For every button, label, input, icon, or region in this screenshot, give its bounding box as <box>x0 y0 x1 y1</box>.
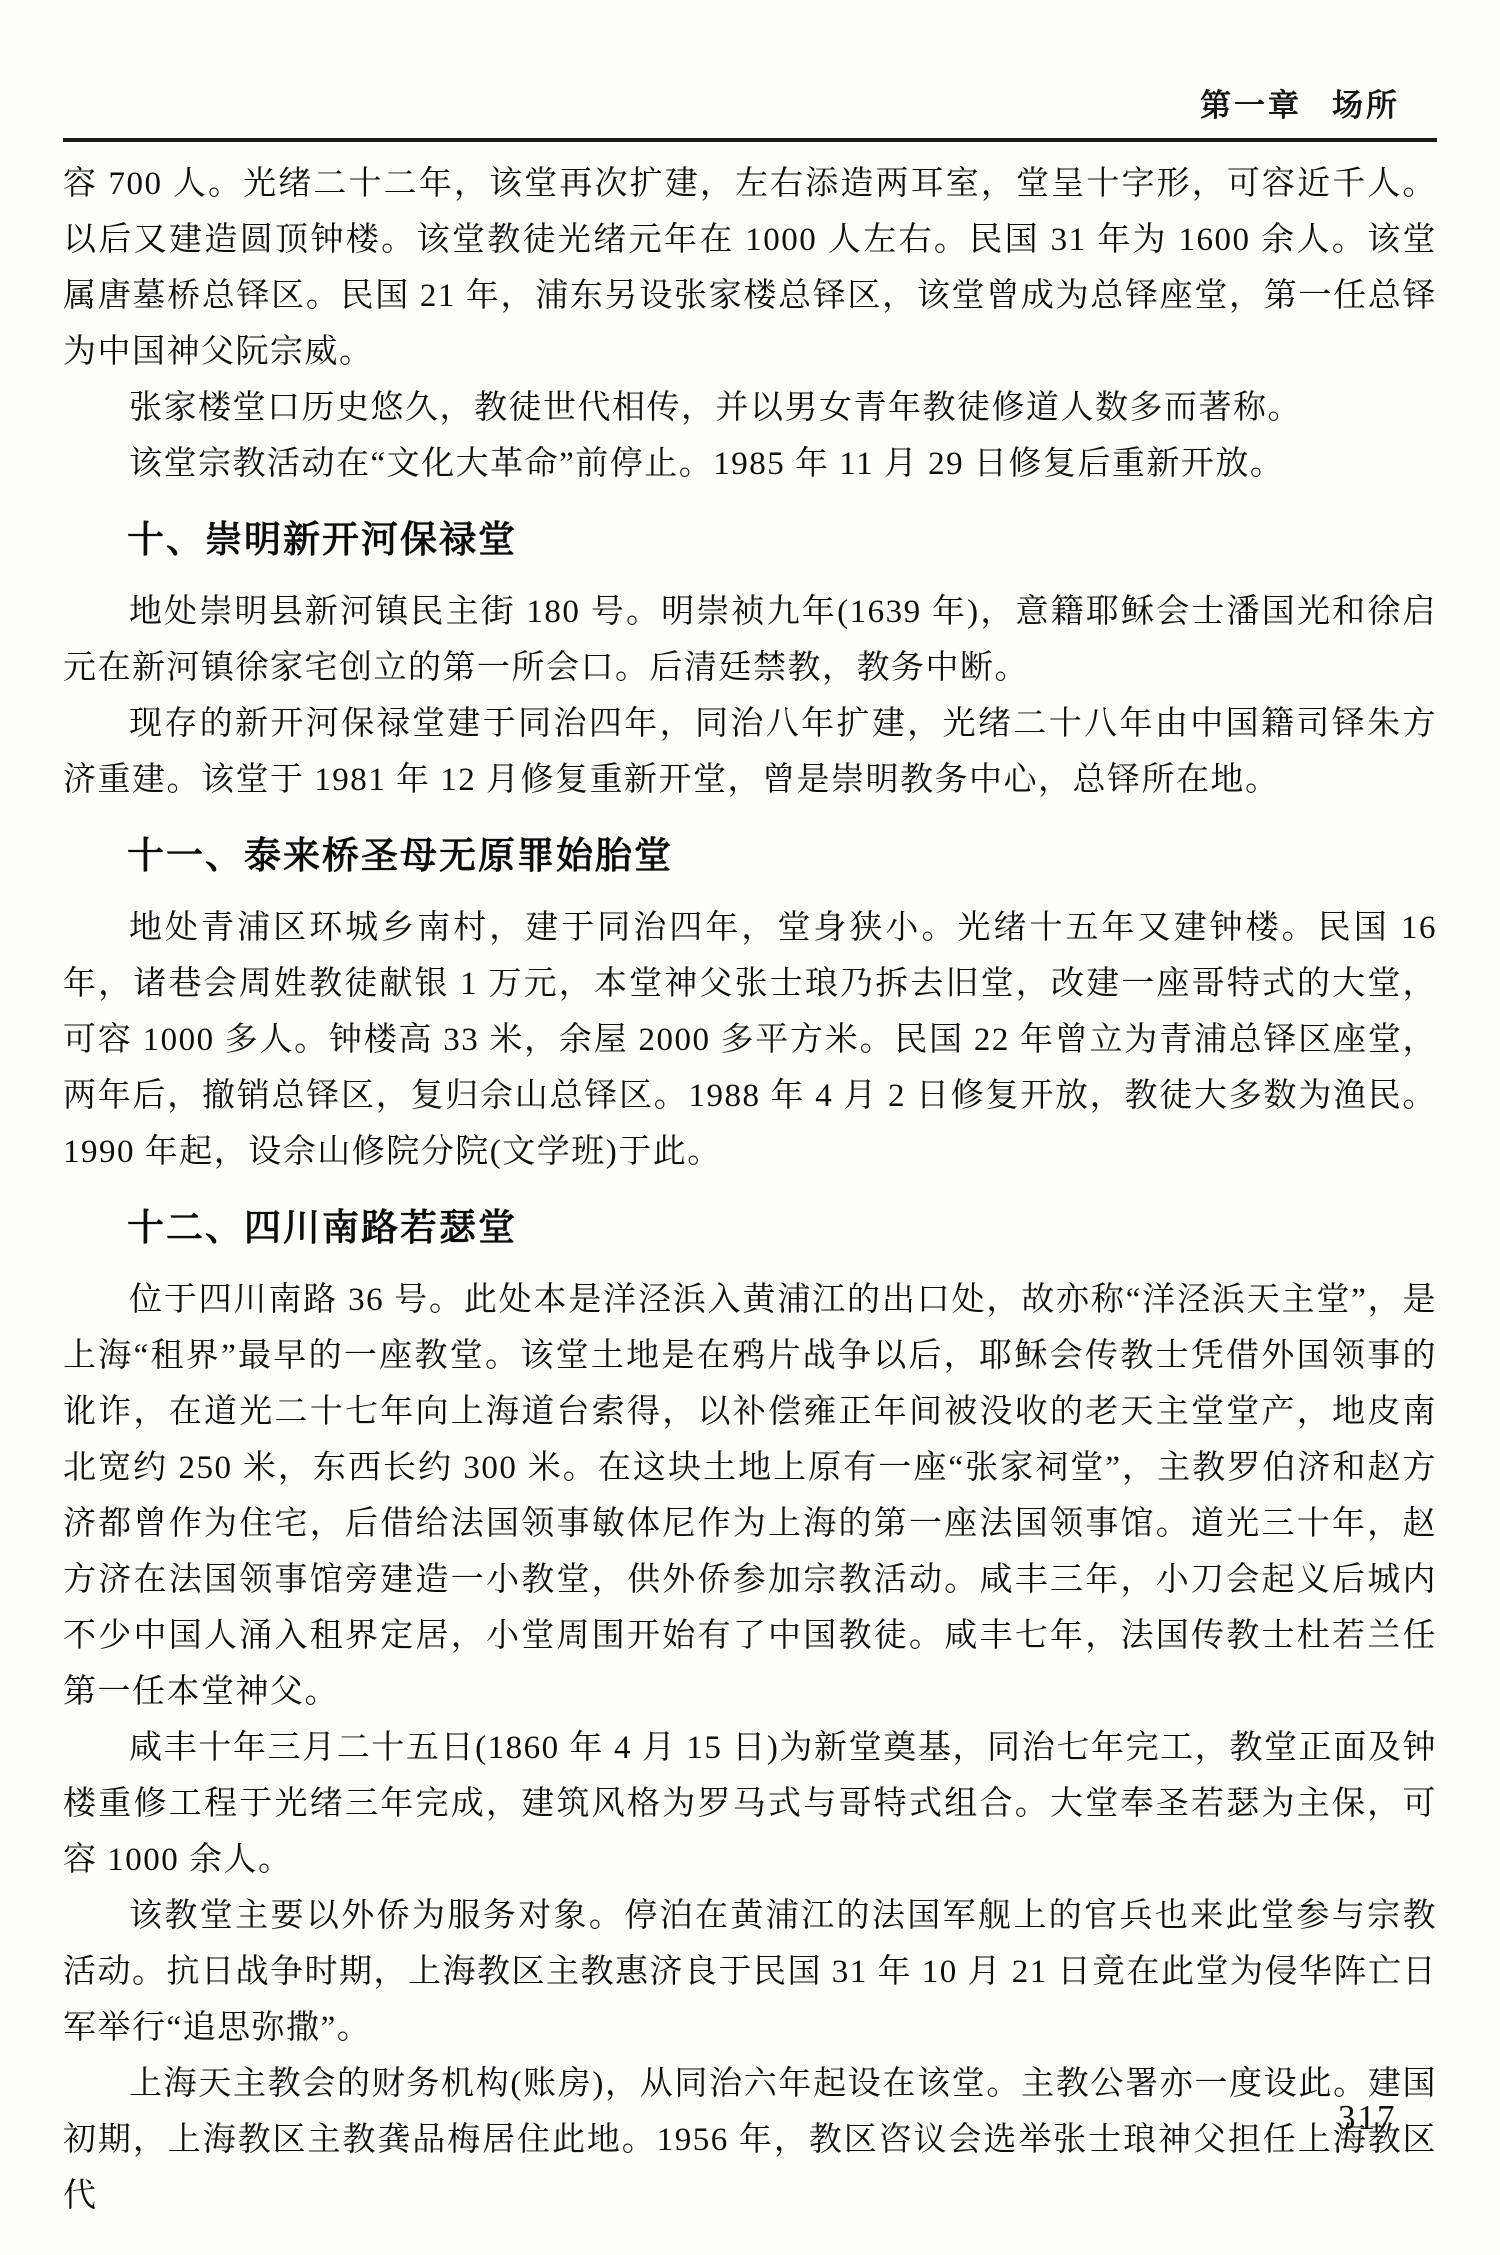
section-heading-10: 十、崇明新开河保禄堂 <box>127 516 1437 564</box>
header-rule <box>63 138 1437 142</box>
paragraph: 该教堂主要以外侨为服务对象。停泊在黄浦江的法国军舰上的官兵也来此堂参与宗教活动。… <box>63 1888 1437 2056</box>
paragraph: 现存的新开河保禄堂建于同治四年，同治八年扩建，光绪二十八年由中国籍司铎朱方济重建… <box>63 696 1437 808</box>
paragraph: 地处崇明县新河镇民主街 180 号。明崇祯九年(1639 年)，意籍耶稣会士潘国… <box>63 584 1437 696</box>
section-title: 场所 <box>1332 88 1400 123</box>
page-header: 第一章场所 <box>63 86 1400 126</box>
page-sheet: 第一章场所 容 700 人。光绪二十二年，该堂再次扩建，左右添造两耳室，堂呈十字… <box>0 0 1500 2255</box>
paragraph: 张家楼堂口历史悠久，教徒世代相传，并以男女青年教徒修道人数多而著称。 <box>63 380 1437 436</box>
paragraph: 位于四川南路 36 号。此处本是洋泾浜入黄浦江的出口处，故亦称“洋泾浜天主堂”，… <box>63 1272 1437 1720</box>
paragraph: 该堂宗教活动在“文化大革命”前停止。1985 年 11 月 29 日修复后重新开… <box>63 436 1437 492</box>
paragraph-continuation: 容 700 人。光绪二十二年，该堂再次扩建，左右添造两耳室，堂呈十字形，可容近千… <box>63 156 1437 380</box>
page-number: 317 <box>1338 2098 1397 2138</box>
section-heading-12: 十二、四川南路若瑟堂 <box>127 1204 1437 1252</box>
paragraph: 上海天主教会的财务机构(账房)，从同治六年起设在该堂。主教公署亦一度设此。建国初… <box>63 2056 1437 2224</box>
paragraph: 地处青浦区环城乡南村，建于同治四年，堂身狭小。光绪十五年又建钟楼。民国 16 年… <box>63 900 1437 1180</box>
chapter-title: 第一章 <box>1200 88 1302 123</box>
page-body: 容 700 人。光绪二十二年，该堂再次扩建，左右添造两耳室，堂呈十字形，可容近千… <box>63 156 1437 2224</box>
section-heading-11: 十一、泰来桥圣母无原罪始胎堂 <box>127 832 1437 880</box>
paragraph: 咸丰十年三月二十五日(1860 年 4 月 15 日)为新堂奠基，同治七年完工，… <box>63 1720 1437 1888</box>
